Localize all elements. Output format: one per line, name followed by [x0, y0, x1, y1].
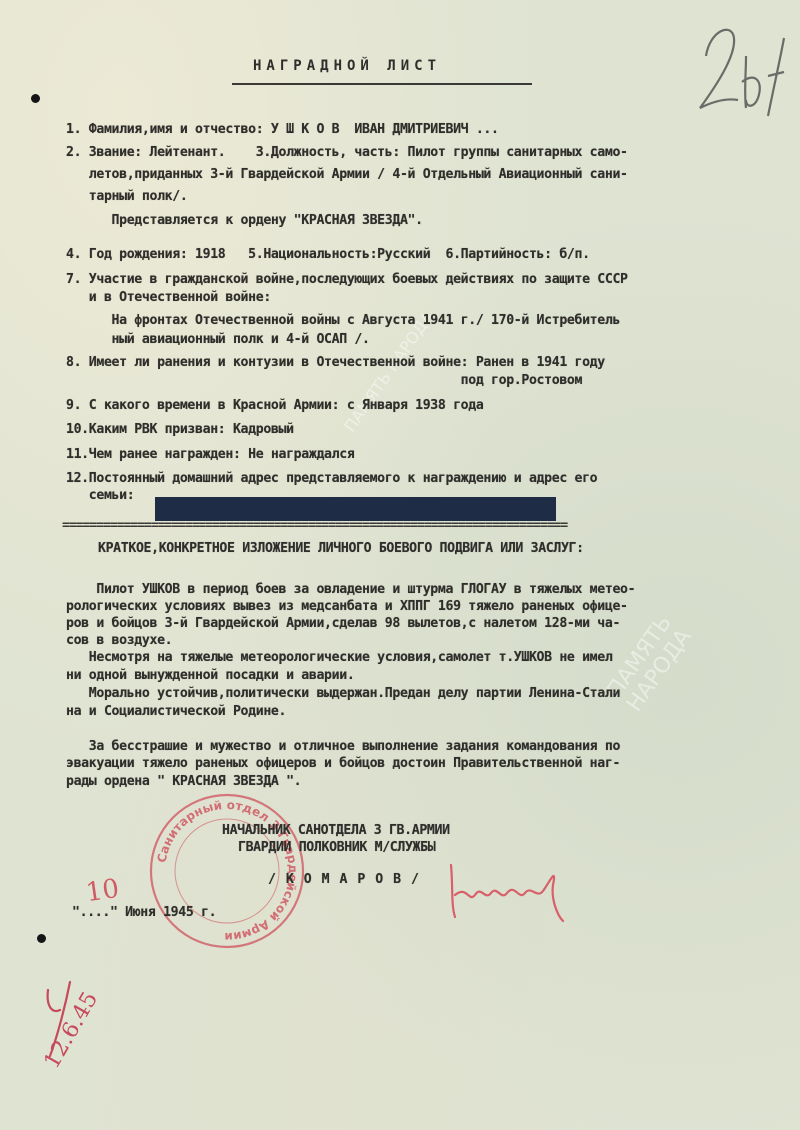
- award-nomination: Представляется к ордену "КРАСНАЯ ЗВЕЗДА"…: [66, 213, 423, 229]
- section-title: КРАТКОЕ,КОНКРЕТНОЕ ИЗЛОЖЕНИЕ ЛИЧНОГО БОЕ…: [98, 541, 584, 557]
- narrative-line: рады ордена " КРАСНАЯ ЗВЕЗДА ".: [66, 774, 301, 790]
- signatory-position: НАЧАЛЬНИК САНОТДЕЛА 3 ГВ.АРМИИ: [222, 823, 450, 839]
- title-underline: [232, 83, 532, 85]
- narrative-line: ни одной вынужденной посадки и аварии.: [66, 668, 354, 684]
- field-line: 7. Участие в гражданской войне,последующ…: [66, 272, 628, 288]
- award-sheet-page: ПАМЯТЬ НАРОДА ПАМЯТЬ НАРОДА 261 НАГРАДНО…: [0, 0, 800, 1130]
- narrative-line: сов в воздухе.: [66, 633, 172, 649]
- field-line: 4. Год рождения: 1918 5.Национальность:Р…: [66, 247, 590, 263]
- narrative-line: ров и бойцов 3-й Гвардейской Армии,сдела…: [66, 616, 620, 632]
- narrative-line: на и Социалистической Родине.: [66, 704, 286, 720]
- field-line: 9. С какого времени в Красной Армии: с Я…: [66, 398, 483, 414]
- field-line: тарный полк/.: [66, 189, 187, 205]
- field-line: летов,приданных 3-й Гвардейской Армии / …: [66, 167, 628, 183]
- narrative-line: рологических условиях вывез из медсанбат…: [66, 599, 628, 615]
- field-line: 12.Постоянный домашний адрес представляе…: [66, 471, 597, 487]
- narrative-line: Несмотря на тяжелые метеорологические ус…: [66, 650, 612, 666]
- handwritten-day: 10: [84, 874, 121, 908]
- document-title: НАГРАДНОЙ ЛИСТ: [253, 58, 441, 74]
- punch-hole-top: [31, 94, 40, 103]
- signature: [445, 855, 575, 925]
- official-stamp: Санитарный отдел 3 Гвардейской Армии: [148, 792, 306, 950]
- field-line: под гор.Ростовом: [66, 373, 582, 389]
- signatory-name: / К О М А Р О В /: [268, 872, 420, 888]
- field-line: На фронтах Отечественной войны с Августа…: [66, 313, 620, 329]
- field-line: 1. Фамилия,имя и отчество: У Ш К О В ИВА…: [66, 122, 499, 138]
- svg-text:Санитарный отдел 3 Гвардейской: Санитарный отдел 3 Гвардейской Армии: [155, 798, 301, 944]
- field-line: ный авиационный полк и 4-й ОСАП /.: [66, 332, 370, 348]
- field-line: 11.Чем ранее награжден: Не награждался: [66, 447, 354, 463]
- svg-text:12.6.45: 12.6.45: [40, 988, 104, 1070]
- narrative-line: эвакуации тяжело раненых офицеров и бойц…: [66, 756, 620, 772]
- narrative-line: За бесстрашие и мужество и отличное выпо…: [66, 739, 620, 755]
- signatory-rank: ГВАРДИИ ПОЛКОВНИК М/СЛУЖБЫ: [238, 840, 435, 856]
- field-line: и в Отечественной войне:: [66, 290, 271, 306]
- punch-hole-bottom: [37, 934, 46, 943]
- folio-number-handwritten: [688, 16, 800, 120]
- field-line: семьи:: [66, 488, 134, 504]
- narrative-line: Морально устойчив,политически выдержан.П…: [66, 686, 620, 702]
- narrative-line: Пилот УШКОВ в период боев за овладение и…: [66, 582, 635, 598]
- handwritten-note: 12.6.45: [30, 960, 140, 1070]
- field-line: 8. Имеет ли ранения и контузии в Отечест…: [66, 355, 605, 371]
- separator-line: ========================================…: [62, 518, 800, 533]
- field-line: 10.Каким РВК призван: Кадровый: [66, 422, 294, 438]
- field-line: 2. Звание: Лейтенант. 3.Должность, часть…: [66, 145, 628, 161]
